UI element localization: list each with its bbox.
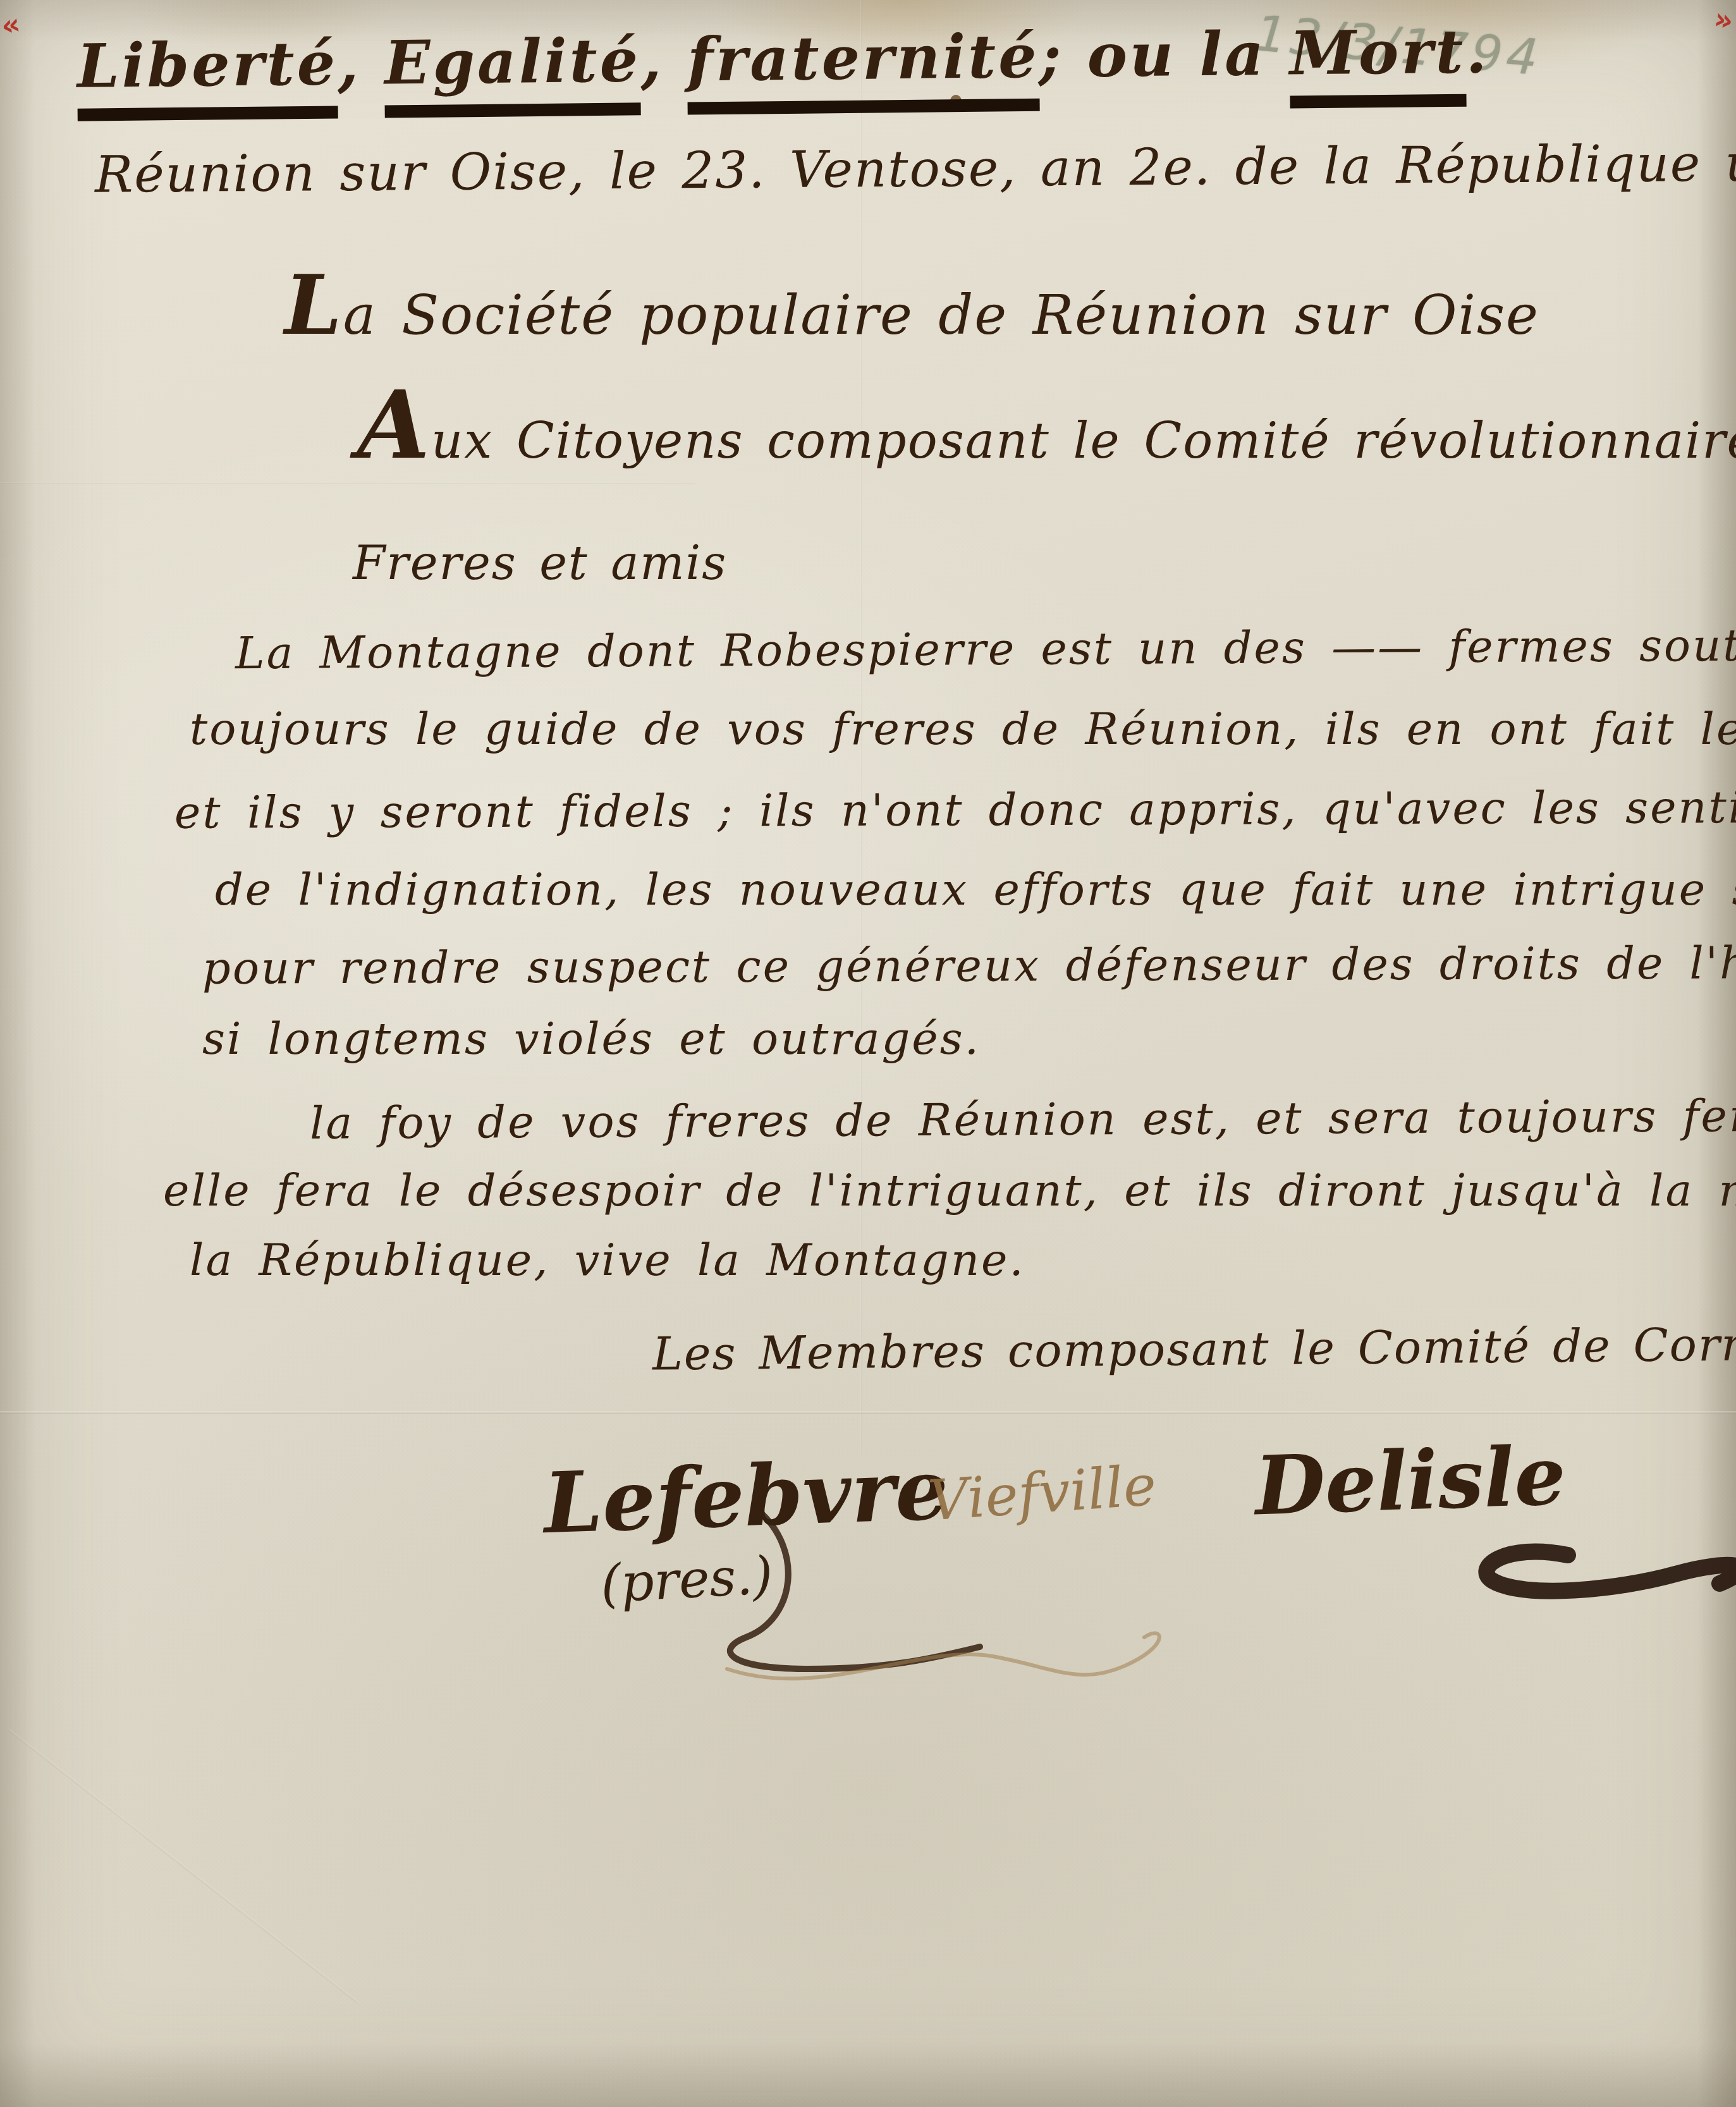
motto-word-liberte: Liberté [76, 32, 338, 121]
signature-delisle: Delisle [1254, 1428, 1568, 1534]
body2-line2: elle fera le désespoir de l'intriguant, … [163, 1164, 1736, 1216]
motto-line: Liberté, Egalité, fraternité; ou la Mort… [76, 16, 1489, 121]
motto-word-fraternite: fraternité [687, 25, 1040, 115]
red-corner-mark-left: « [0, 6, 23, 43]
delisle-flourish [1467, 1530, 1736, 1599]
salutation: Freres et amis [353, 536, 727, 590]
body1-line5: pour rendre suspect ce généreux défenseu… [202, 936, 1736, 994]
motto-sep: , [337, 28, 384, 99]
body1-line1: La Montagne dont Robespierre est un des … [235, 618, 1736, 680]
signature-viefville: Viefville [926, 1453, 1158, 1534]
viefville-flourish [727, 1618, 1233, 1694]
body1-line4: de l'indignation, les nouveaux efforts q… [215, 864, 1736, 915]
horizontal-fold-crease [0, 1411, 1736, 1414]
sender-line: La Société populaire de Réunion sur Oise [284, 258, 1539, 353]
red-corner-mark-right: » [1711, 1, 1736, 39]
bottom-left-wrinkle [8, 1729, 358, 2003]
motto-sep: . [1465, 16, 1489, 87]
body2-line3: la République, vive la Montagne. [190, 1234, 1025, 1286]
motto-sep: , [640, 25, 687, 96]
motto-word-mort: Mort [1289, 21, 1466, 109]
motto-sep: ; ou la [1039, 19, 1290, 92]
body2-line1: la foy de vos freres de Réunion est, et … [310, 1087, 1736, 1149]
closing-line: Les Membres composant le Comité de Corre… [652, 1315, 1736, 1380]
body1-line6: si longtems violés et outragés. [202, 1013, 981, 1065]
manuscript-page: « » 13/3/1794 Liberté, Egalité, fraterni… [0, 0, 1736, 2107]
motto-word-egalite: Egalité [384, 29, 641, 118]
recipient-line: Aux Citoyens composant le Comité révolut… [357, 370, 1736, 480]
dateline: Réunion sur Oise, le 23. Ventose, an 2e.… [95, 130, 1736, 204]
body1-line2: toujours le guide de vos freres de Réuni… [190, 703, 1736, 755]
minor-crease [0, 482, 695, 484]
body1-line3: et ils y seront fidels ; ils n'ont donc … [174, 781, 1736, 838]
